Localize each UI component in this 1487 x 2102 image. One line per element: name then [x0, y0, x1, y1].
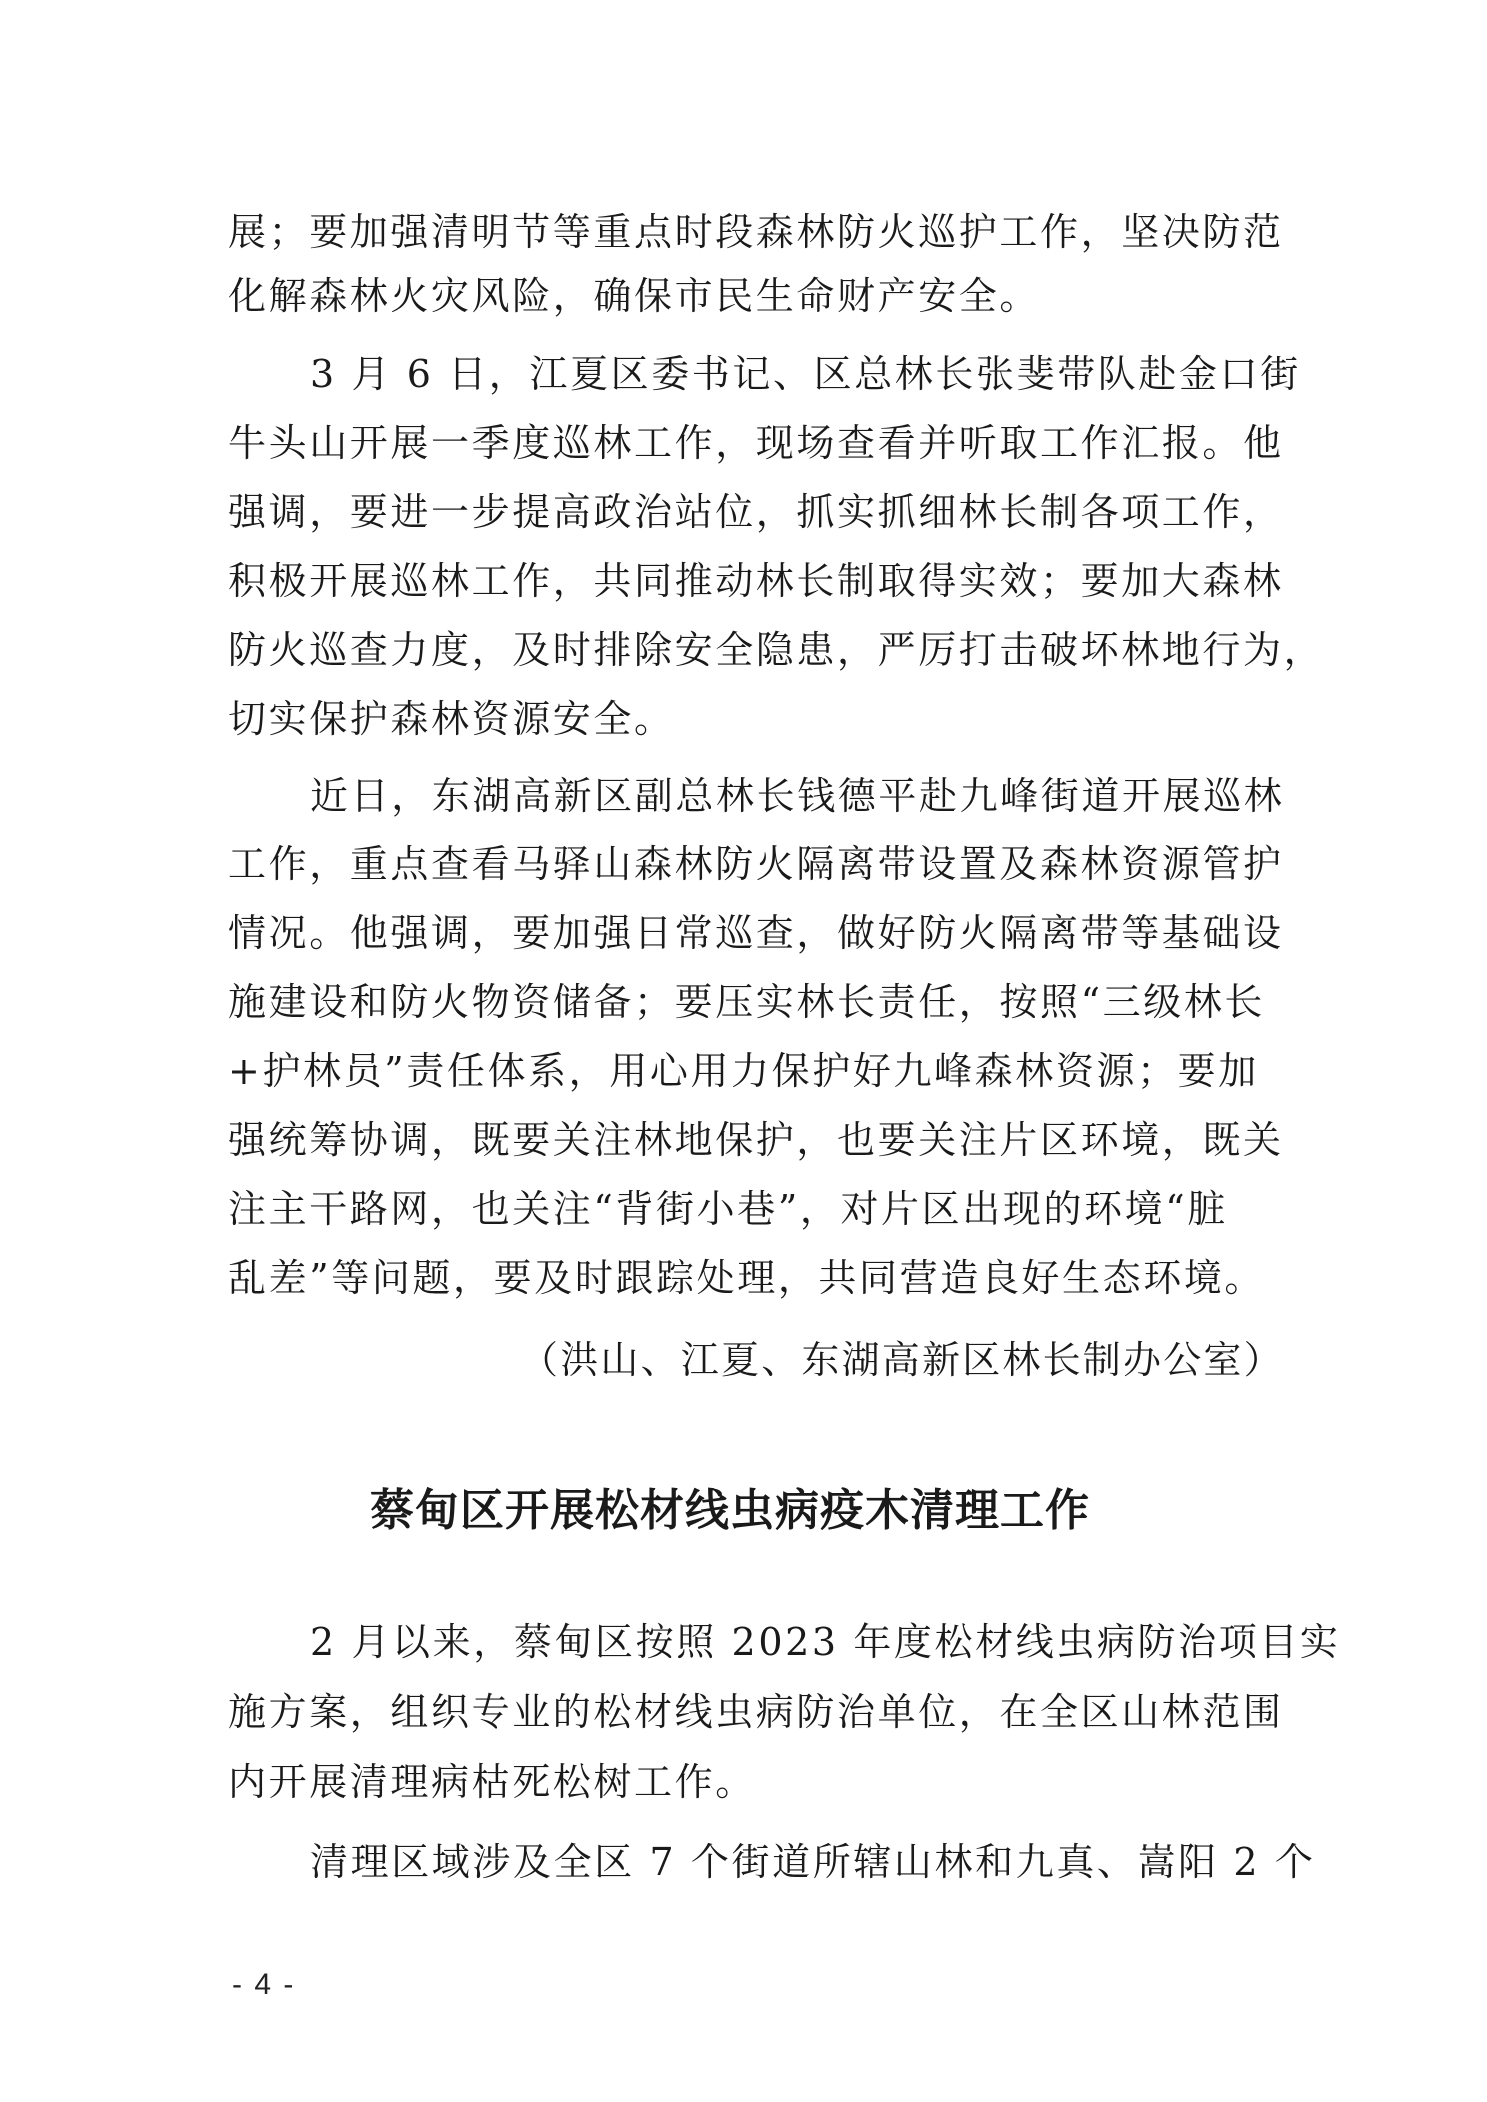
- text-line: 牛头山开展一季度巡林工作，现场查看并听取工作汇报。他: [228, 419, 1268, 467]
- text-line: 内开展清理病枯死松树工作。: [228, 1758, 1268, 1806]
- text-line: 工作，重点查看马驿山森林防火隔离带设置及森林资源管护: [228, 840, 1268, 888]
- paragraph-first-line: 3 月 6 日，江夏区委书记、区总林长张斐带队赴金口街: [310, 350, 1270, 398]
- text-line: 施建设和防火物资储备；要压实林长责任，按照“三级林长: [228, 978, 1268, 1026]
- text-line: 防火巡查力度，及时排除安全隐患，严厉打击破坏林地行为，: [228, 626, 1268, 674]
- source-attribution: （洪山、江夏、东湖高新区林长制办公室）: [520, 1336, 1284, 1384]
- text-line: 化解森林火灾风险，确保市民生命财产安全。: [228, 272, 1268, 320]
- paragraph-first-line: 近日，东湖高新区副总林长钱德平赴九峰街道开展巡林: [310, 772, 1270, 820]
- text-line: 注主干路网，也关注“背街小巷”，对片区出现的环境“脏: [228, 1185, 1268, 1233]
- text-line: 施方案，组织专业的松材线虫病防治单位，在全区山林范围: [228, 1688, 1268, 1736]
- text-line: 展；要加强清明节等重点时段森林防火巡护工作，坚决防范: [228, 208, 1268, 256]
- text-line: 强调，要进一步提高政治站位，抓实抓细林长制各项工作，: [228, 488, 1268, 536]
- text-line: 切实保护森林资源安全。: [228, 695, 1268, 743]
- page-number: - 4 -: [232, 1968, 295, 2002]
- text-line: 情况。他强调，要加强日常巡查，做好防火隔离带等基础设: [228, 909, 1268, 957]
- document-page: 展；要加强清明节等重点时段森林防火巡护工作，坚决防范 化解森林火灾风险，确保市民…: [0, 0, 1487, 2102]
- paragraph-first-line: 清理区域涉及全区 7 个街道所辖山林和九真、嵩阳 2 个: [310, 1838, 1270, 1886]
- text-line: 乱差”等问题，要及时跟踪处理，共同营造良好生态环境。: [228, 1254, 1268, 1302]
- section-title: 蔡甸区开展松材线虫病疫木清理工作: [290, 1474, 1170, 1538]
- paragraph-first-line: 2 月以来，蔡甸区按照 2023 年度松材线虫病防治项目实: [310, 1618, 1270, 1666]
- text-line: 强统筹协调，既要关注林地保护，也要关注片区环境，既关: [228, 1116, 1268, 1164]
- text-line: 积极开展巡林工作，共同推动林长制取得实效；要加大森林: [228, 557, 1268, 605]
- text-line: +护林员”责任体系，用心用力保护好九峰森林资源；要加: [228, 1047, 1268, 1095]
